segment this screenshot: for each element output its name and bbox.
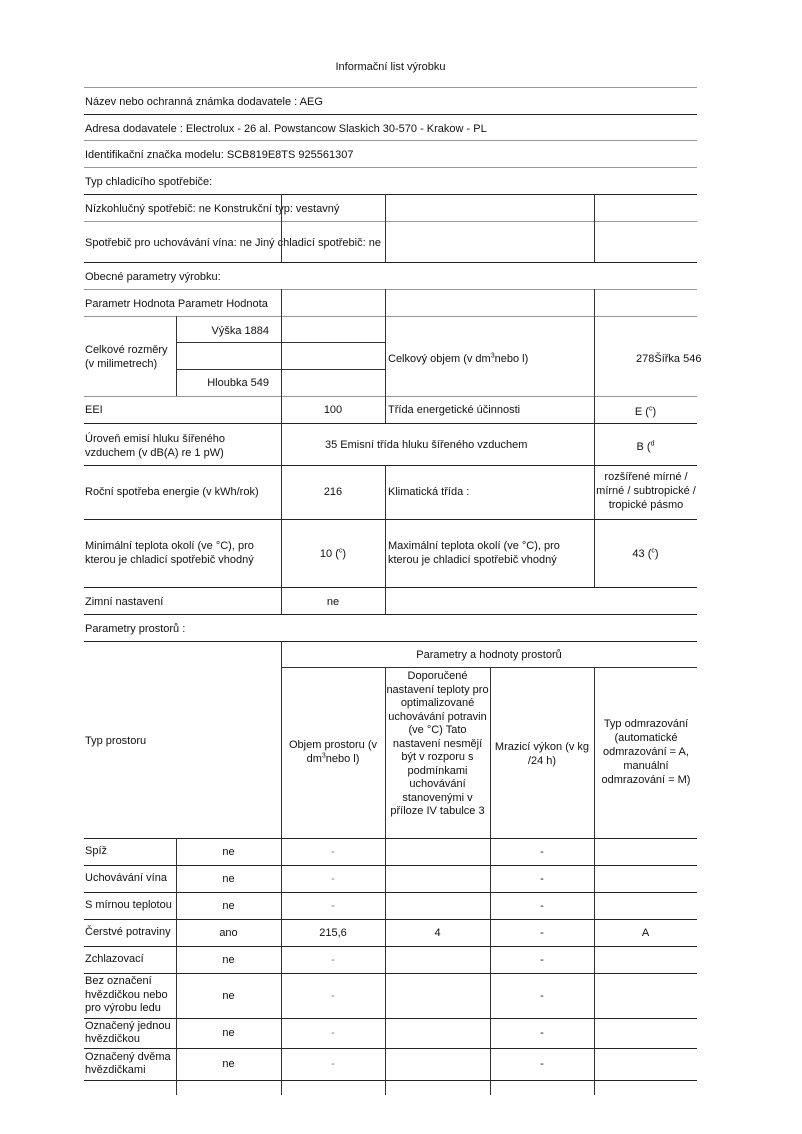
compartment-freeze: -: [490, 953, 594, 967]
compartment-volume: 215,6: [281, 926, 385, 940]
grid-line: [281, 838, 282, 1095]
compartment-volume: -: [281, 1026, 385, 1040]
compartment-type: Označený jednou hvězdičkou: [85, 1020, 175, 1047]
grid-line: [176, 316, 177, 396]
max-temp-value: 43 (c): [594, 547, 697, 561]
compartment-defrost: A: [594, 926, 697, 940]
winter-setting-value: ne: [281, 595, 385, 609]
compartment-type-header: Typ prostoru: [85, 734, 146, 748]
climate-class-label: Klimatická třída :: [388, 485, 469, 499]
grid-line: [594, 316, 595, 396]
compartment-temp: 4: [385, 926, 490, 940]
grid-line: [594, 194, 595, 262]
general-heading: Obecné parametry výrobku:: [85, 270, 221, 284]
grid-line: [385, 587, 386, 614]
document-title: Informační list výrobku: [84, 60, 697, 74]
compartment-freeze: -: [490, 989, 594, 1003]
compartment-freeze: -: [490, 845, 594, 859]
freezing-capacity-header: Mrazicí výkon (v kg /24 h): [492, 740, 592, 768]
temperature-header: Doporučené nastavení teploty pro optimal…: [385, 670, 490, 819]
compartment-volume: -: [281, 872, 385, 886]
grid-line: [385, 465, 386, 587]
compartment-type: Zchlazovací: [85, 953, 175, 967]
divider: [84, 194, 697, 195]
compartment-freeze: -: [490, 1026, 594, 1040]
divider: [84, 465, 697, 466]
appliance-type-row: Spotřebič pro uchovávání vína: ne Jiný c…: [85, 236, 381, 250]
compartment-freeze: -: [490, 926, 594, 940]
compartment-type: Bez označení hvězdičkou nebo pro výrobu …: [85, 975, 175, 1016]
total-volume-value: 278Šířka 546: [636, 352, 701, 366]
defrost-type-header: Typ odmrazování (automatické odmrazování…: [596, 717, 696, 787]
grid-line: [281, 194, 282, 262]
general-header: Parametr Hodnota Parametr Hodnota: [85, 297, 268, 311]
dimension-depth: Hloubka 549: [207, 376, 269, 390]
eei-label: EEI: [85, 403, 103, 417]
divider: [84, 262, 697, 263]
winter-setting-label: Zimní nastavení: [85, 595, 163, 609]
compartment-freeze: -: [490, 899, 594, 913]
divider: [84, 114, 697, 115]
grid-line: [594, 465, 595, 587]
volume-header: Objem prostoru (v dm3nebo l): [283, 738, 383, 766]
grid-line: [281, 587, 282, 614]
compartment-type: S mírnou teplotou: [85, 899, 175, 913]
grid-line: [281, 641, 282, 838]
grid-line: [385, 194, 386, 262]
compartment-volume: -: [281, 899, 385, 913]
grid-line: [385, 316, 386, 396]
dimensions-label: Celkové rozměry (v milimetrech): [85, 343, 175, 371]
grid-line: [385, 667, 386, 838]
noise-value: 35 Emisní třída hluku šířeného vzduchem: [325, 438, 527, 452]
min-temp-label: Minimální teplota okolí (ve °C), pro kte…: [85, 539, 275, 567]
divider: [84, 519, 697, 520]
divider: [84, 167, 697, 168]
dimension-height: Výška 1884: [212, 324, 269, 338]
compartment-present: ne: [176, 872, 281, 886]
grid-line: [594, 289, 595, 316]
divider: [84, 221, 697, 222]
grid-line: [490, 667, 491, 838]
annual-energy-value: 216: [281, 485, 385, 499]
grid-line: [490, 838, 491, 1095]
appliance-type-heading: Typ chladicího spotřebiče:: [85, 175, 212, 189]
compartment-present: ne: [176, 899, 281, 913]
max-temp-label: Maximální teplota okolí (ve °C), pro kte…: [388, 539, 588, 567]
divider: [84, 140, 697, 141]
supplier-name: Název nebo ochranná známka dodavatele : …: [85, 95, 323, 109]
annual-energy-label: Roční spotřeba energie (v kWh/rok): [85, 485, 259, 499]
divider: [84, 614, 697, 615]
model-identifier: Identifikační značka modelu: SCB819E8TS …: [85, 148, 353, 162]
grid-line: [385, 838, 386, 1095]
compartment-present: ne: [176, 1026, 281, 1040]
compartment-present: ne: [176, 989, 281, 1003]
compartment-group-header: Parametry a hodnoty prostorů: [281, 648, 697, 662]
compartment-present: ne: [176, 1057, 281, 1071]
divider: [84, 396, 697, 397]
grid-line: [281, 465, 282, 587]
noise-class-value: B (d: [594, 440, 697, 454]
compartment-volume: -: [281, 845, 385, 859]
compartments-heading: Parametry prostorů :: [85, 622, 185, 636]
compartment-type: Označený dvěma hvězdičkami: [85, 1051, 175, 1078]
grid-line: [385, 289, 386, 316]
grid-line: [594, 667, 595, 838]
compartment-volume: -: [281, 1057, 385, 1071]
divider: [84, 87, 697, 88]
energy-class-value: E (c): [594, 405, 697, 419]
total-volume-label: Celkový objem (v dm3nebo l): [388, 352, 528, 366]
compartment-freeze: -: [490, 1057, 594, 1071]
climate-class-value: rozšířené mírné / mírné / subtropické / …: [596, 470, 696, 512]
compartment-present: ano: [176, 926, 281, 940]
divider: [84, 423, 697, 424]
compartment-volume: -: [281, 989, 385, 1003]
grid-line: [281, 316, 282, 396]
compartment-type: Čerstvé potraviny: [85, 926, 175, 940]
divider: [84, 587, 697, 588]
compartment-type: Uchovávání vína: [85, 872, 175, 886]
grid-line: [281, 289, 282, 316]
grid-line: [176, 838, 177, 1095]
compartment-type: Spíž: [85, 845, 175, 859]
grid-line: [594, 396, 595, 465]
compartment-present: ne: [176, 845, 281, 859]
supplier-address: Adresa dodavatele : Electrolux - 26 al. …: [85, 122, 487, 136]
compartment-volume: -: [281, 953, 385, 967]
compartment-freeze: -: [490, 872, 594, 886]
grid-line: [594, 838, 595, 1095]
divider: [84, 641, 697, 642]
energy-class-label: Třída energetické účinnosti: [388, 403, 520, 417]
noise-label: Úroveň emisí hluku šířeného vzduchem (v …: [85, 432, 275, 460]
appliance-type-row: Nízkohlučný spotřebič: ne Konstrukční ty…: [85, 202, 339, 216]
divider: [84, 289, 697, 290]
grid-line: [281, 396, 282, 465]
compartment-present: ne: [176, 953, 281, 967]
min-temp-value: 10 (c): [281, 547, 385, 561]
eei-value: 100: [281, 403, 385, 417]
grid-line: [385, 396, 386, 423]
divider: [281, 667, 697, 668]
